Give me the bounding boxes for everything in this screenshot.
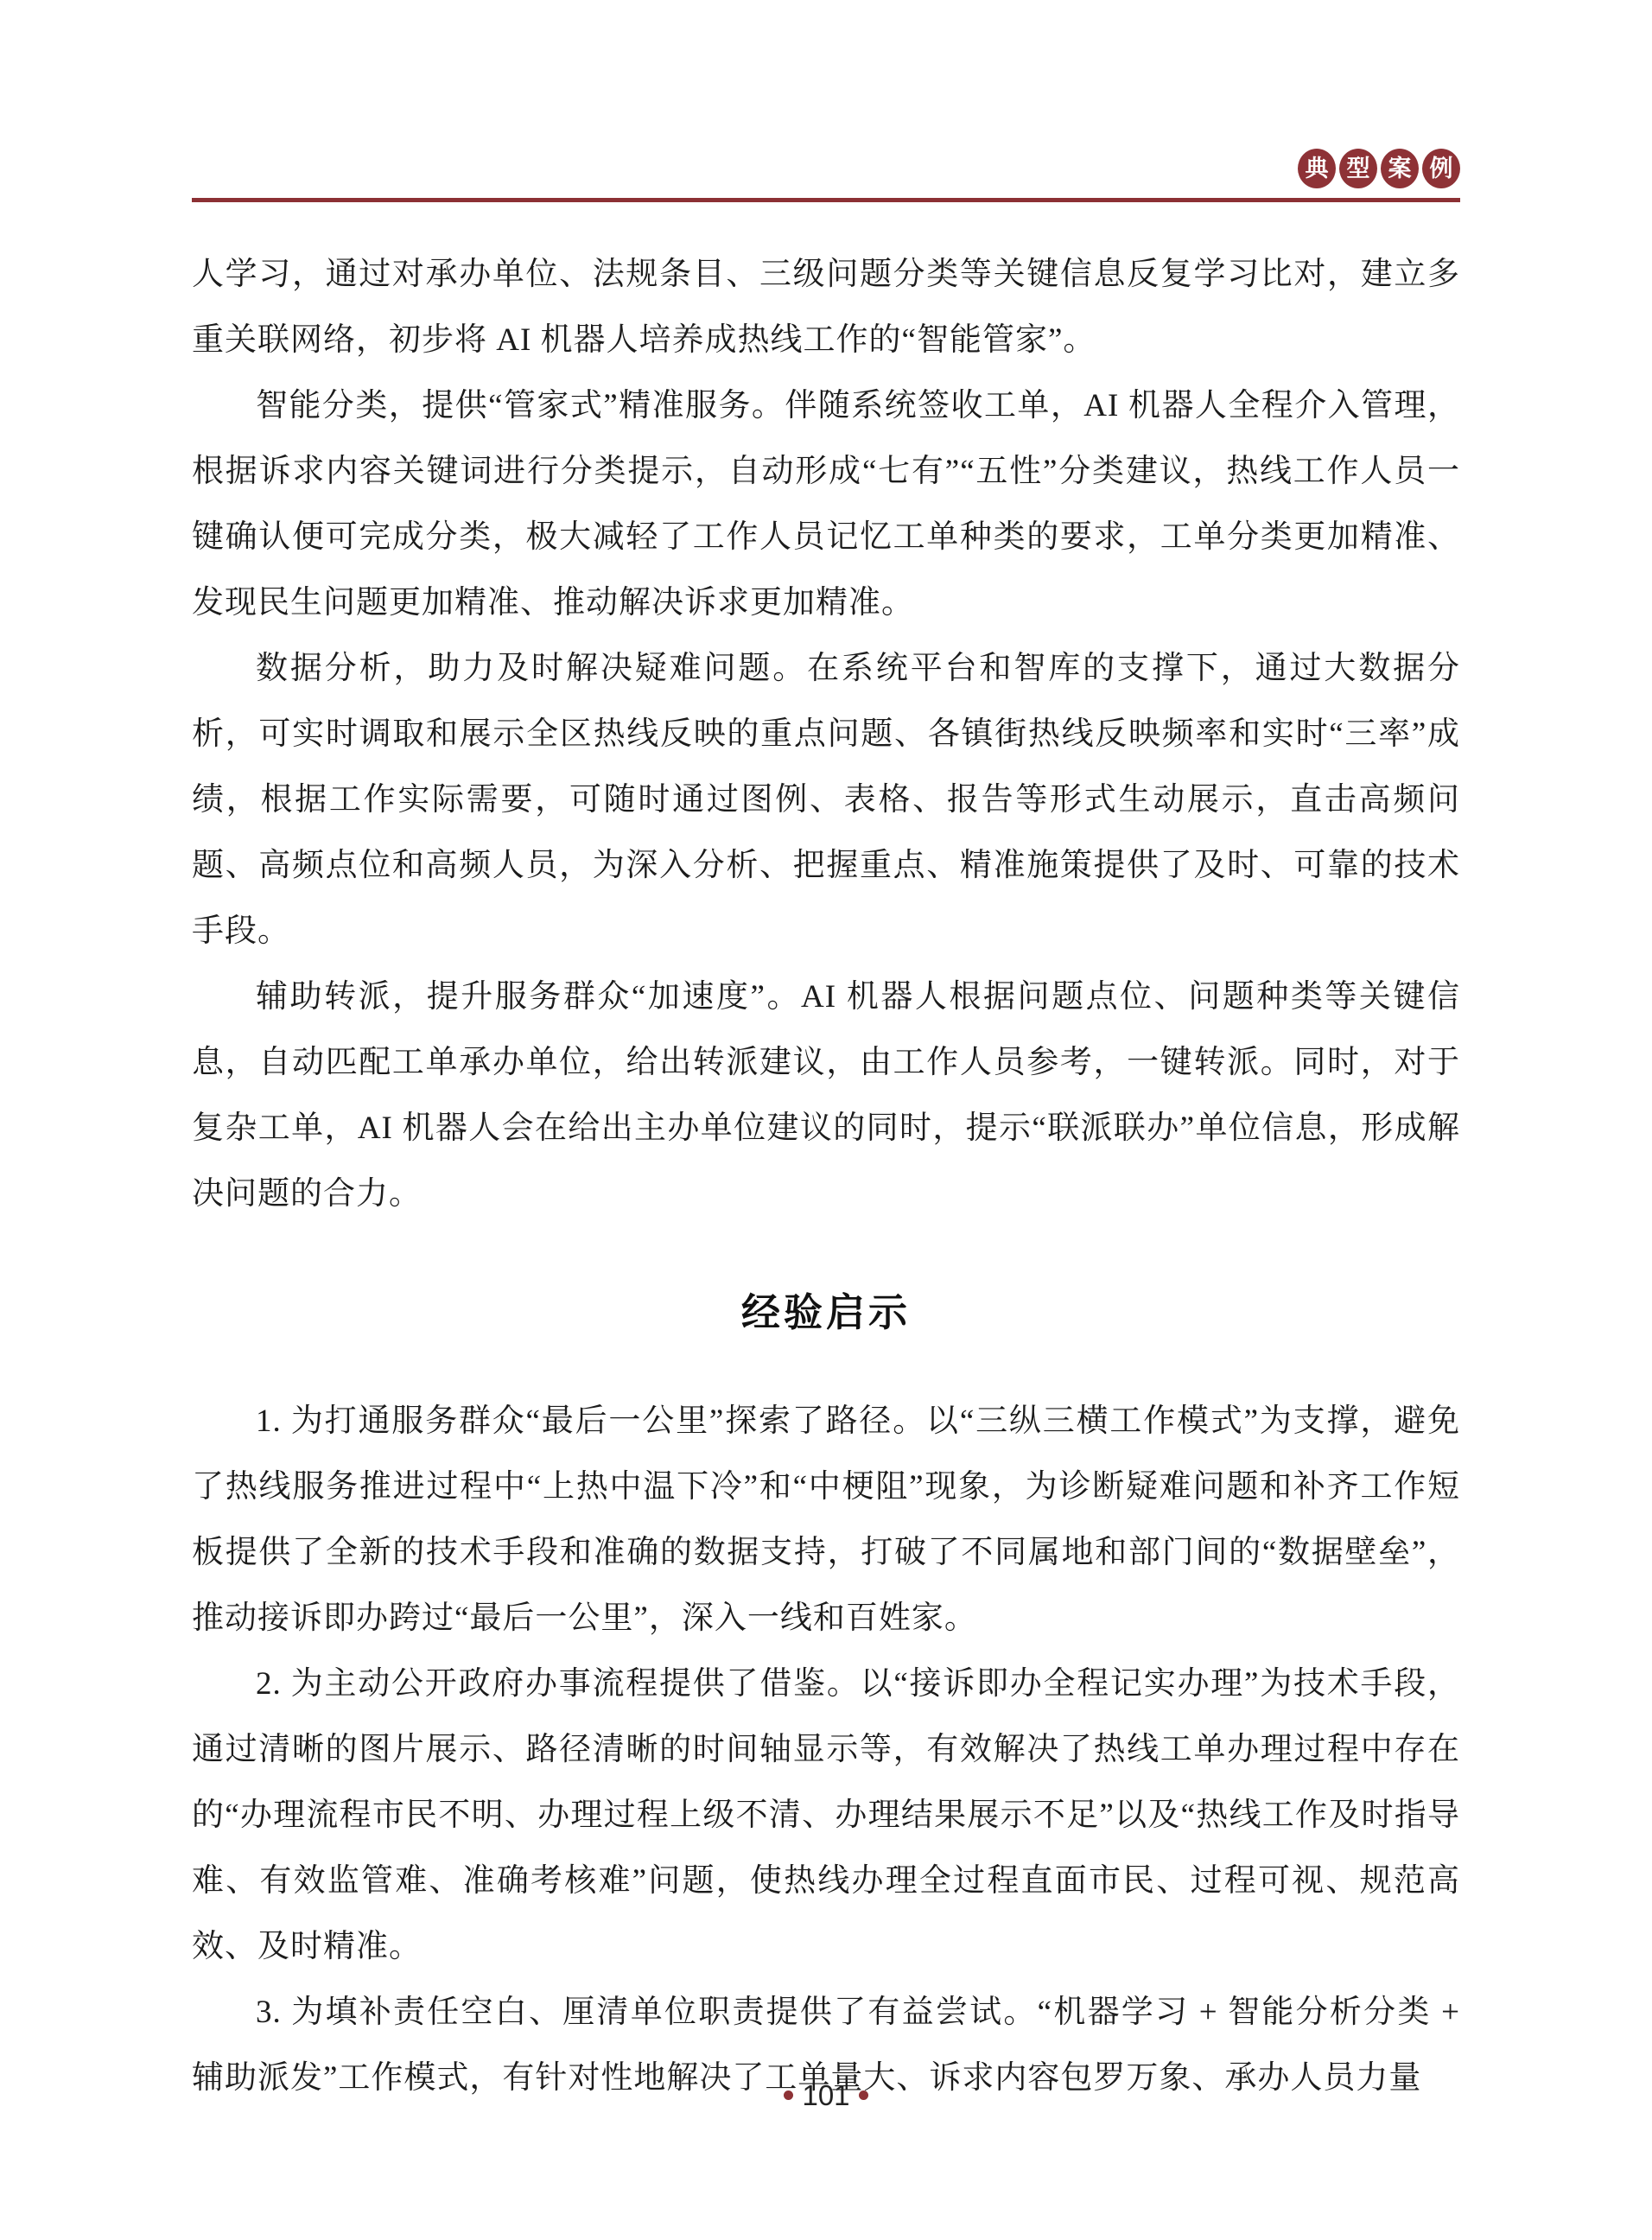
folio-dot-right-icon xyxy=(859,2090,868,2100)
document-page: 典 型 案 例 人学习，通过对承办单位、法规条目、三级问题分类等关键信息反复学习… xyxy=(0,0,1652,2240)
paragraph: 人学习，通过对承办单位、法规条目、三级问题分类等关键信息反复学习比对，建立多重关… xyxy=(192,242,1460,373)
numbered-item: 2. 为主动公开政府办事流程提供了借鉴。以“接诉即办全程记实办理”为技术手段，通… xyxy=(192,1651,1460,1980)
page-number: 101 xyxy=(802,2081,849,2110)
numbered-item: 1. 为打通服务群众“最后一公里”探索了路径。以“三纵三横工作模式”为支撑，避免… xyxy=(192,1389,1460,1651)
folio-dot-left-icon xyxy=(784,2090,793,2100)
paragraph: 智能分类，提供“管家式”精准服务。伴随系统签收工单，AI 机器人全程介入管理，根… xyxy=(192,373,1460,636)
header-rule-divider xyxy=(192,198,1460,202)
section-heading: 经验启示 xyxy=(192,1281,1460,1337)
page-footer: 101 xyxy=(0,2081,1652,2110)
badge-circle-char: 例 xyxy=(1422,149,1460,188)
badge-circle-char: 型 xyxy=(1339,149,1377,188)
paragraph: 辅助转派，提升服务群众“加速度”。AI 机器人根据问题点位、问题种类等关键信息，… xyxy=(192,964,1460,1227)
header-badge: 典 型 案 例 xyxy=(192,0,1460,188)
paragraph: 数据分析，助力及时解决疑难问题。在系统平台和智库的支撑下，通过大数据分析，可实时… xyxy=(192,636,1460,964)
badge-circle-char: 案 xyxy=(1381,149,1419,188)
badge-circle-char: 典 xyxy=(1298,149,1336,188)
body-text-block: 人学习，通过对承办单位、法规条目、三级问题分类等关键信息反复学习比对，建立多重关… xyxy=(192,242,1460,2111)
page-content: 典 型 案 例 人学习，通过对承办单位、法规条目、三级问题分类等关键信息反复学习… xyxy=(0,0,1652,2111)
